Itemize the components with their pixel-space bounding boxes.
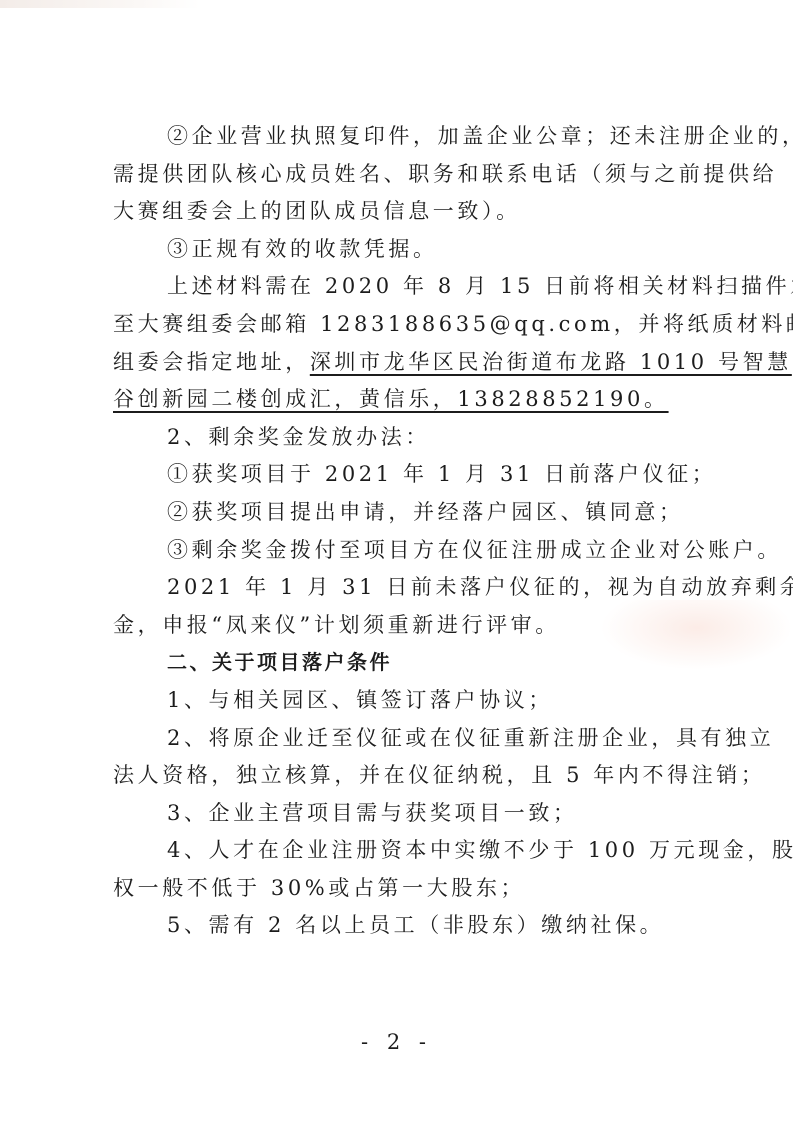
address-prefix: 组委会指定地址， xyxy=(113,350,310,374)
section-heading: 二、关于项目落户条件 xyxy=(113,644,685,682)
list-item-cont: 法人资格，独立核算，并在仪征纳税，且 5 年内不得注销； xyxy=(113,757,685,795)
paragraph-line: 大赛组委会上的团队成员信息一致）。 xyxy=(113,193,685,231)
paragraph-line-email: 至大赛组委会邮箱 1283188635@qq.com，并将纸质材料邮寄至 xyxy=(113,306,685,344)
paragraph-line: 2021 年 1 月 31 日前未落户仪征的，视为自动放弃剩余奖 xyxy=(113,569,685,607)
list-item: ②获奖项目提出申请，并经落户园区、镇同意； xyxy=(113,494,685,532)
page-number: - 2 - xyxy=(0,1030,793,1054)
paragraph-line: 需提供团队核心成员姓名、职务和联系电话（须与之前提供给 xyxy=(113,156,685,194)
list-item: 4、人才在企业注册资本中实缴不少于 100 万元现金，股 xyxy=(113,832,685,870)
list-item: 3、企业主营项目需与获奖项目一致； xyxy=(113,795,685,833)
list-item-cont: 权一般不低于 30%或占第一大股东； xyxy=(113,870,685,908)
document-body: ②企业营业执照复印件，加盖企业公章；还未注册企业的， 需提供团队核心成员姓名、职… xyxy=(113,118,685,945)
section-item: 2、剩余奖金发放办法： xyxy=(113,419,685,457)
list-item: ①获奖项目于 2021 年 1 月 31 日前落户仪征； xyxy=(113,456,685,494)
list-item: 1、与相关园区、镇签订落户协议； xyxy=(113,682,685,720)
list-item: 5、需有 2 名以上员工（非股东）缴纳社保。 xyxy=(113,907,685,945)
paragraph-line: ②企业营业执照复印件，加盖企业公章；还未注册企业的， xyxy=(113,118,685,156)
scan-edge-artifact xyxy=(0,0,200,8)
paragraph-line: ③正规有效的收款凭据。 xyxy=(113,231,685,269)
mailing-address-underlined: 深圳市龙华区民治街道布龙路 1010 号智慧 xyxy=(310,350,792,374)
mailing-address-contact-underlined: 谷创新园二楼创成汇，黄信乐，13828852190。 xyxy=(113,387,669,411)
list-item: ③剩余奖金拨付至项目方在仪征注册成立企业对公账户。 xyxy=(113,532,685,570)
paragraph-line-address-cont: 谷创新园二楼创成汇，黄信乐，13828852190。 xyxy=(113,381,685,419)
list-item: 2、将原企业迁至仪征或在仪征重新注册企业，具有独立 xyxy=(113,720,685,758)
paragraph-line-address: 组委会指定地址，深圳市龙华区民治街道布龙路 1010 号智慧 xyxy=(113,344,685,382)
paragraph-line: 金，申报“凤来仪”计划须重新进行评审。 xyxy=(113,607,685,645)
paragraph-line: 上述材料需在 2020 年 8 月 15 日前将相关材料扫描件发 xyxy=(113,268,685,306)
